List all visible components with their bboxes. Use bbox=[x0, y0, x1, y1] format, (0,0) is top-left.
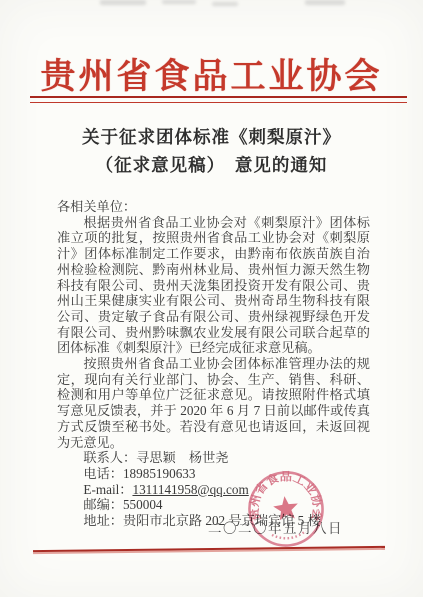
postcode-line: 邮编：550004 bbox=[83, 497, 370, 513]
seal-code-marks bbox=[272, 531, 306, 540]
email-label: E-mail： bbox=[83, 482, 132, 497]
org-title: 贵州省食品工业协会 bbox=[0, 49, 423, 99]
scanned-notice-page: 贵州省食品工业协会 关于征求团体标准《刺梨原汁》 （征求意见稿） 意见的通知 各… bbox=[0, 0, 423, 597]
notice-body: 各相关单位： 根据贵州省食品工业协会对《刺梨原汁》团体标准立项的批复，按照贵州省… bbox=[57, 199, 370, 529]
official-seal-stamp: 贵州省食品工业协会 bbox=[241, 463, 330, 554]
notice-title-line2: （征求意见稿） 意见的通知 bbox=[0, 151, 423, 179]
phone-label: 电话： bbox=[83, 466, 123, 481]
contact-person-label: 联系人： bbox=[83, 450, 136, 465]
scan-artifact bbox=[162, 0, 196, 4]
email-link[interactable]: 1311141958@qq.com bbox=[132, 482, 248, 497]
phone-line: 电话：18985190633 bbox=[83, 466, 370, 482]
paragraph-1: 根据贵州省食品工业协会对《刺梨原汁》团体标准立项的批复，按照贵州省食品工业协会对… bbox=[57, 215, 370, 356]
notice-title-line1: 关于征求团体标准《刺梨原汁》 bbox=[0, 123, 423, 151]
address-label: 地址： bbox=[83, 513, 123, 528]
salutation: 各相关单位： bbox=[57, 199, 370, 215]
seal-star-icon bbox=[272, 495, 299, 521]
footer-rule bbox=[33, 546, 385, 552]
phone-number: 18985190633 bbox=[123, 466, 196, 481]
official-seal-graphic: 贵州省食品工业协会 bbox=[241, 463, 330, 554]
header-rule bbox=[30, 96, 407, 103]
scan-artifact bbox=[305, 0, 345, 5]
email-line: E-mail：1311141958@qq.com bbox=[83, 482, 370, 498]
contact-person-names: 寻思颖 杨世尧 bbox=[136, 450, 228, 465]
notice-title: 关于征求团体标准《刺梨原汁》 （征求意见稿） 意见的通知 bbox=[0, 123, 423, 179]
postcode-value: 550004 bbox=[123, 497, 163, 512]
contact-person-line: 联系人：寻思颖 杨世尧 bbox=[83, 450, 370, 466]
scan-artifact bbox=[212, 2, 238, 6]
postcode-label: 邮编： bbox=[83, 497, 123, 512]
paragraph-2: 按照贵州省食品工业协会团体标准管理办法的规定，现向有关行业部门、协会、生产、销售… bbox=[57, 356, 370, 450]
scan-artifact bbox=[100, 0, 146, 5]
